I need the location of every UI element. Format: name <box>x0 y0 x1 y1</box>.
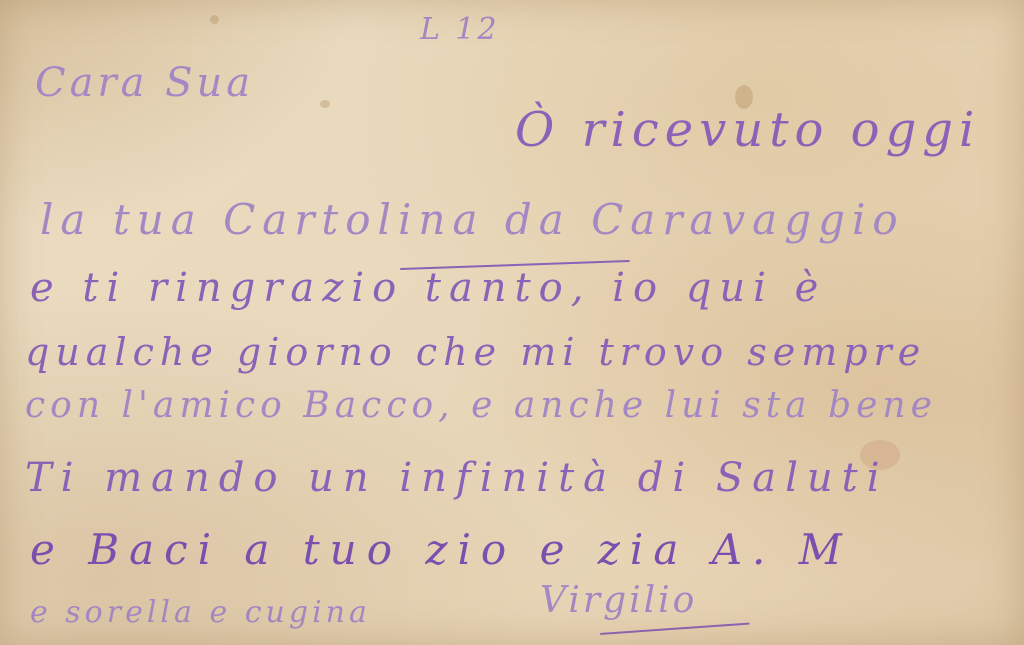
body-line-1: Ò ricevuto oggi <box>515 102 980 158</box>
page-number: L 12 <box>420 12 500 47</box>
body-line-2: la tua Cartolina da Caravaggio <box>40 195 905 244</box>
salutation: Cara Sua <box>35 60 254 106</box>
body-line-8: e sorella e cugina <box>30 595 371 630</box>
signature-underline <box>600 623 750 635</box>
body-line-4: qualche giorno che mi trovo sempre <box>25 330 926 374</box>
body-line-6: Ti mando un infinità di Saluti <box>25 455 889 501</box>
body-line-5: con l'amico Bacco, e anche lui sta bene <box>25 385 937 426</box>
paper-stain <box>320 100 330 108</box>
paper-stain <box>210 15 219 24</box>
body-line-7: e Baci a tuo zio e zia A. M <box>30 525 852 574</box>
postcard: L 12 Cara Sua Ò ricevuto oggi la tua Car… <box>0 0 1024 645</box>
signature: Virgilio <box>540 580 697 621</box>
body-line-3: e ti ringrazio tanto, io qui è <box>30 265 826 311</box>
